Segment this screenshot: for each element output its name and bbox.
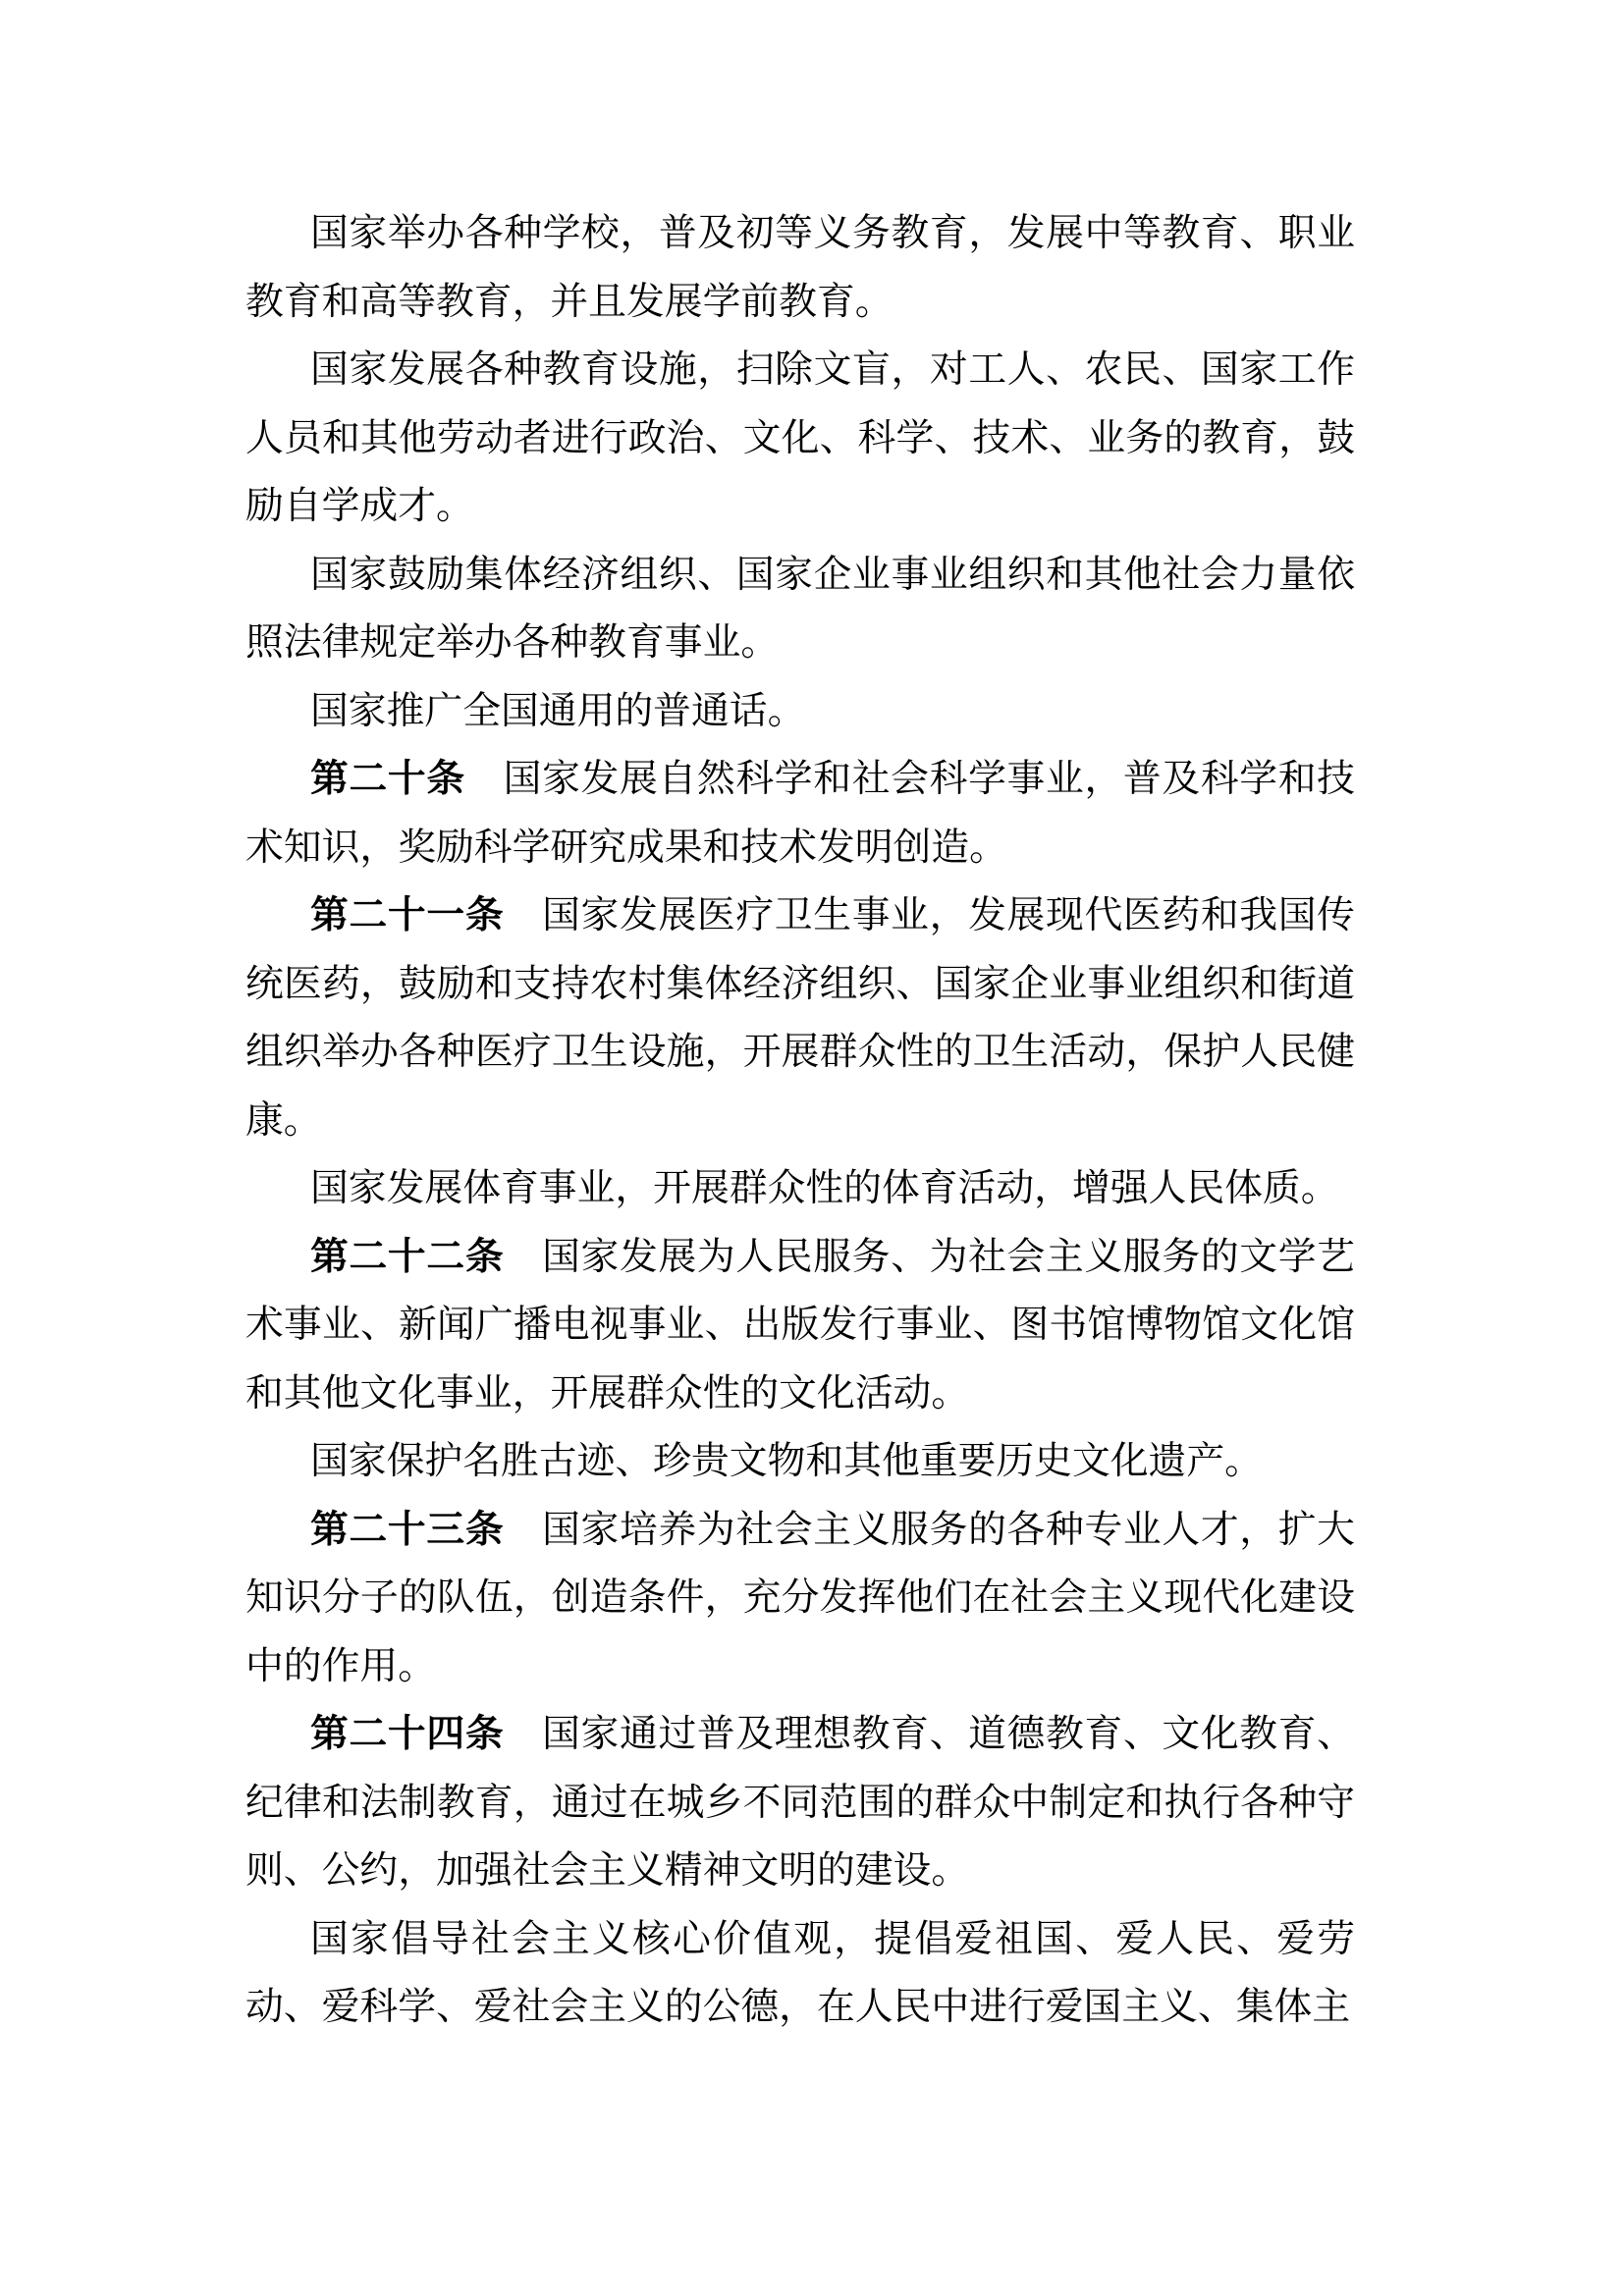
paragraph-text: 国家发展体育事业，开展群众性的体育活动，增强人民体质。 — [310, 1167, 1339, 1209]
article-number: 第二十条 — [310, 758, 465, 800]
paragraph: 国家鼓励集体经济组织、国家企业事业组织和其他社会力量依照法律规定举办各种教育事业… — [245, 541, 1355, 677]
paragraph: 第二十三条国家培养为社会主义服务的各种专业人才，扩大知识分子的队伍，创造条件，充… — [245, 1496, 1355, 1701]
paragraph: 国家举办各种学校，普及初等义务教育，发展中等教育、职业教育和高等教育，并且发展学… — [245, 199, 1355, 336]
paragraph-text: 国家保护名胜古迹、珍贵文物和其他重要历史文化遗产。 — [310, 1440, 1263, 1482]
article-number: 第二十一条 — [310, 894, 504, 936]
paragraph-text: 国家鼓励集体经济组织、国家企业事业组织和其他社会力量依照法律规定举办各种教育事业… — [245, 554, 1355, 665]
paragraph: 第二十条国家发展自然科学和社会科学事业，普及科学和技术知识，奖励科学研究成果和技… — [245, 745, 1355, 881]
document-page: 国家举办各种学校，普及初等义务教育，发展中等教育、职业教育和高等教育，并且发展学… — [0, 0, 1624, 2296]
paragraph: 第二十四条国家通过普及理想教育、道德教育、文化教育、纪律和法制教育，通过在城乡不… — [245, 1700, 1355, 1905]
paragraph: 国家发展各种教育设施，扫除文盲，对工人、农民、国家工作人员和其他劳动者进行政治、… — [245, 336, 1355, 541]
article-number: 第二十三条 — [310, 1509, 504, 1551]
article-number: 第二十二条 — [310, 1236, 504, 1278]
paragraph: 第二十一条国家发展医疗卫生事业，发展现代医药和我国传统医药，鼓励和支持农村集体经… — [245, 881, 1355, 1154]
article-number: 第二十四条 — [310, 1713, 504, 1755]
paragraph-text: 国家发展各种教育设施，扫除文盲，对工人、农民、国家工作人员和其他劳动者进行政治、… — [245, 348, 1355, 527]
paragraph: 国家发展体育事业，开展群众性的体育活动，增强人民体质。 — [245, 1154, 1355, 1223]
paragraph-text: 国家举办各种学校，普及初等义务教育，发展中等教育、职业教育和高等教育，并且发展学… — [245, 212, 1355, 323]
paragraph: 国家倡导社会主义核心价值观，提倡爱祖国、爱人民、爱劳动、爱科学、爱社会主义的公德… — [245, 1905, 1355, 2042]
paragraph: 国家保护名胜古迹、珍贵文物和其他重要历史文化遗产。 — [245, 1427, 1355, 1496]
document-body: 国家举办各种学校，普及初等义务教育，发展中等教育、职业教育和高等教育，并且发展学… — [245, 199, 1355, 2042]
paragraph-text: 国家倡导社会主义核心价值观，提倡爱祖国、爱人民、爱劳动、爱科学、爱社会主义的公德… — [245, 1918, 1355, 2029]
paragraph: 第二十二条国家发展为人民服务、为社会主义服务的文学艺术事业、新闻广播电视事业、出… — [245, 1223, 1355, 1428]
paragraph: 国家推广全国通用的普通话。 — [245, 677, 1355, 746]
paragraph-text: 国家推广全国通用的普通话。 — [310, 690, 805, 732]
